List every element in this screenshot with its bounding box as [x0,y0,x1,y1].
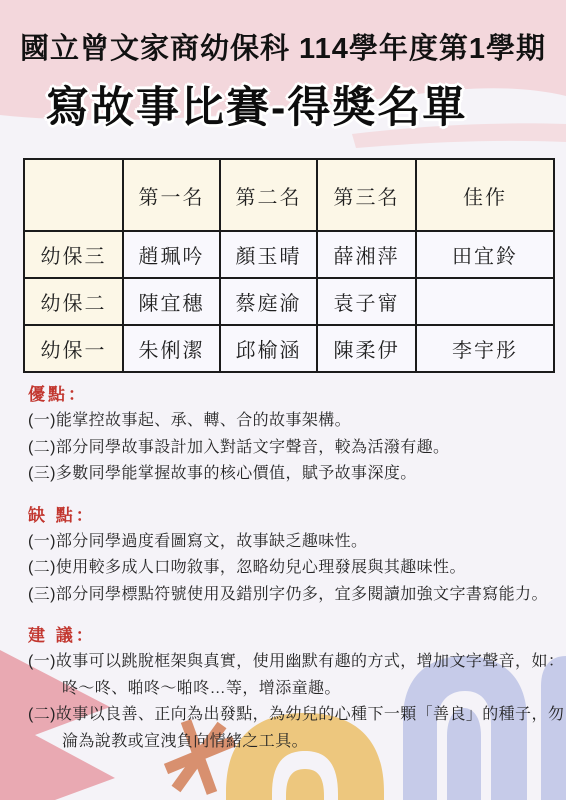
winner-name: 李宇彤 [416,325,554,372]
winner-name: 陳宜穗 [123,278,220,325]
poster-page: 國立曾文家商幼保科 114學年度第1學期 寫故事比賽-得獎名單 第一名 第二名 … [0,0,566,800]
row-label: 幼保二 [24,278,123,325]
winner-name: 陳柔伊 [317,325,416,372]
disadvantages-heading: 缺 點： [28,503,556,529]
winner-name: 顏玉晴 [220,231,317,278]
suggestions-heading: 建 議： [28,623,556,649]
winner-name: 邱榆涵 [220,325,317,372]
table-row: 幼保一 朱俐潔 邱榆涵 陳柔伊 李宇彤 [24,325,554,372]
winner-name: 袁子甯 [317,278,416,325]
table-header-third-place: 第三名 [317,159,416,231]
advantages-item: (一)能掌控故事起、承、轉、合的故事架構。 [28,408,556,435]
section-suggestions: 建 議： (一)故事可以跳脫框架與真實，使用幽默有趣的方式，增加文字聲音，如： … [28,623,556,755]
winner-name: 田宜鈴 [416,231,554,278]
winner-name: 蔡庭渝 [220,278,317,325]
disadvantages-item: (二)使用較多成人口吻敘事，忽略幼兒心理發展與其趣味性。 [28,555,556,582]
disadvantages-item: (一)部分同學過度看圖寫文，故事缺乏趣味性。 [28,529,556,556]
advantages-heading: 優點： [28,382,556,408]
row-label: 幼保一 [24,325,123,372]
winner-name-empty [416,278,554,325]
disadvantages-item: (三)部分同學標點符號使用及錯別字仍多，宜多閱讀加強文字書寫能力。 [28,582,556,609]
page-title: 國立曾文家商幼保科 114學年度第1學期 [0,26,566,67]
table-row: 幼保二 陳宜穗 蔡庭渝 袁子甯 [24,278,554,325]
winner-name: 薛湘萍 [317,231,416,278]
table-row: 幼保三 趙珮吟 顏玉晴 薛湘萍 田宜鈴 [24,231,554,278]
section-advantages: 優點： (一)能掌控故事起、承、轉、合的故事架構。 (二)部分同學故事設計加入對… [28,382,556,488]
advantages-item: (三)多數同學能掌握故事的核心價值，賦予故事深度。 [28,461,556,488]
suggestions-item-line: 咚～咚、啪咚～啪咚…等，增添童趣。 [28,676,556,703]
winner-name: 趙珮吟 [123,231,220,278]
table-header-row: 第一名 第二名 第三名 佳作 [24,159,554,231]
suggestions-item-line: 淪為說教或宣洩負向情緒之工具。 [28,729,556,756]
row-label: 幼保三 [24,231,123,278]
table-header-empty [24,159,123,231]
table-header-first-place: 第一名 [123,159,220,231]
winner-name: 朱俐潔 [123,325,220,372]
section-disadvantages: 缺 點： (一)部分同學過度看圖寫文，故事缺乏趣味性。 (二)使用較多成人口吻敘… [28,503,556,609]
advantages-item: (二)部分同學故事設計加入對話文字聲音，較為活潑有趣。 [28,435,556,462]
award-table: 第一名 第二名 第三名 佳作 幼保三 趙珮吟 顏玉晴 薛湘萍 田宜鈴 幼保二 陳… [23,158,555,373]
suggestions-item-line: (一)故事可以跳脫框架與真實，使用幽默有趣的方式，增加文字聲音，如： [28,649,556,676]
table-header-honorable-mention: 佳作 [416,159,554,231]
table-header-second-place: 第二名 [220,159,317,231]
comment-sections: 優點： (一)能掌控故事起、承、轉、合的故事架構。 (二)部分同學故事設計加入對… [28,382,556,770]
suggestions-item-line: (二)故事以良善、正向為出發點，為幼兒的心種下一顆「善良」的種子，勿 [28,702,556,729]
page-subtitle: 寫故事比賽-得獎名單 [46,74,467,135]
